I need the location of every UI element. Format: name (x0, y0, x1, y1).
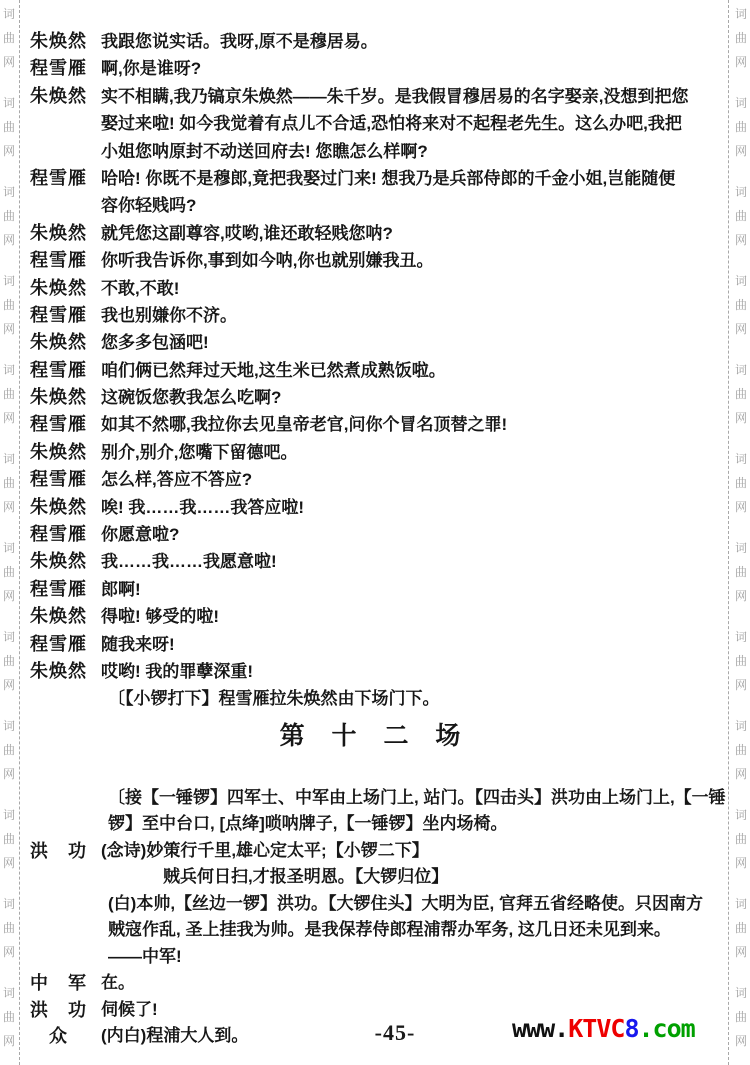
script-line: ——中军! (0, 944, 750, 971)
speech-text: ——中军! (108, 944, 182, 971)
scene-12-section: 〔接【一锤锣】四军士、中军由上场门上, 站门。【四击头】洪功由上场门上,【一锤锣… (0, 785, 750, 1050)
speech-text: 贼寇作乱, 圣上挂我为帅。是我保荐侍郎程浦帮办军务, 这几日还未见到来。 (108, 917, 671, 944)
site-watermark-segment: .com (639, 1014, 695, 1043)
dialogue-text: 啊,你是谁呀? (101, 55, 201, 82)
dialogue-text: 这碗饭您教我怎么吃啊? (101, 384, 281, 411)
script-line: 容你轻贱吗? (0, 192, 750, 219)
script-line: 程雪雁啊,你是谁呀? (0, 55, 750, 82)
speaker-name: 程雪雁 (30, 165, 87, 192)
page-number: -45- (355, 1020, 435, 1046)
stage-direction: 〔【小锣打下】程雪雁拉朱焕然由下场门下。 (108, 685, 440, 712)
script-line: 朱焕然唉! 我……我……我答应啦! (0, 494, 750, 521)
speaker-name: 朱焕然 (30, 658, 87, 685)
side-watermark-char: 词 (733, 2, 749, 26)
script-line: (白)本帅,【丝边一锣】洪功。【大锣住头】大明为臣, 官拜五省经略使。只因南方 (0, 891, 750, 918)
script-line: 朱焕然这碗饭您教我怎么吃啊? (0, 384, 750, 411)
script-line: 程雪雁咱们俩已然拜过天地,这生米已然煮成熟饭啦。 (0, 357, 750, 384)
speaker-name: 朱焕然 (30, 384, 87, 411)
script-line: 朱焕然我跟您说实话。我呀,原不是穆居易。 (0, 28, 750, 55)
script-body: 朱焕然我跟您说实话。我呀,原不是穆居易。程雪雁啊,你是谁呀?朱焕然实不相瞒,我乃… (0, 28, 750, 1050)
dialogue-text: 别介,别介,您嘴下留德吧。 (101, 439, 297, 466)
speaker-name: 朱焕然 (30, 439, 87, 466)
script-line: 程雪雁怎么样,答应不答应? (0, 466, 750, 493)
dialogue-text: (内白)程浦大人到。 (101, 1023, 248, 1050)
dialogue-text: 我……我……我愿意啦! (101, 548, 277, 575)
speaker-name: 程雪雁 (30, 302, 87, 329)
script-line: 朱焕然您多多包涵吧! (0, 329, 750, 356)
site-watermark-segment: KTVC (568, 1014, 624, 1043)
speaker-name: 程雪雁 (30, 55, 87, 82)
script-line: 朱焕然我……我……我愿意啦! (0, 548, 750, 575)
dialogue-text: 你愿意啦? (101, 521, 179, 548)
speaker-name: 朱焕然 (30, 220, 87, 247)
script-line: 程雪雁你听我告诉你,事到如今呐,你也就别嫌我丑。 (0, 247, 750, 274)
speaker-name: 程雪雁 (30, 411, 87, 438)
speaker-name: 朱焕然 (30, 83, 87, 110)
dialogue-text: (念诗)妙策行千里,雄心定太平;【小锣二下】 (101, 838, 429, 865)
dialogue-text: 您多多包涵吧! (101, 329, 209, 356)
dialogue-text: 如其不然哪,我拉你去见皇帝老官,问你个冒名顶替之罪! (101, 411, 507, 438)
script-line: 程雪雁郎啊! (0, 576, 750, 603)
dialogue-text: 我也别嫌你不济。 (101, 302, 237, 329)
speaker-name: 朱焕然 (30, 603, 87, 630)
speech-text: (白)本帅,【丝边一锣】洪功。【大锣住头】大明为臣, 官拜五省经略使。只因南方 (108, 891, 703, 918)
site-watermark: www.KTVC8.com (512, 1014, 695, 1043)
dialogue-text: 在。 (101, 970, 135, 997)
dialogue-text: 不敢,不敢! (101, 275, 179, 302)
dialogue-text: 随我来呀! (101, 631, 175, 658)
script-line: 程雪雁随我来呀! (0, 631, 750, 658)
script-line: 中 军在。 (0, 970, 750, 997)
script-line: 朱焕然不敢,不敢! (0, 275, 750, 302)
speaker-name: 程雪雁 (30, 247, 87, 274)
script-line: 朱焕然别介,别介,您嘴下留德吧。 (0, 439, 750, 466)
speaker-name: 程雪雁 (30, 357, 87, 384)
script-line: 娶过来啦! 如今我觉着有点儿不合适,恐怕将来对不起程老先生。这么办吧,我把 (0, 110, 750, 137)
speaker-name: 朱焕然 (30, 275, 87, 302)
script-line: 程雪雁你愿意啦? (0, 521, 750, 548)
dialogue-text: 你听我告诉你,事到如今呐,你也就别嫌我丑。 (101, 247, 433, 274)
speaker-name: 洪 功 (30, 997, 87, 1024)
script-line: 程雪雁哈哈! 你既不是穆郎,竟把我娶过门来! 想我乃是兵部侍郎的千金小姐,岂能随… (0, 165, 750, 192)
dialogue-text: 怎么样,答应不答应? (101, 466, 252, 493)
script-line: 锣】至中台口, [点绛]唢呐牌子,【一锤锣】坐内场椅。 (0, 811, 750, 838)
dialogue-text: 得啦! 够受的啦! (101, 603, 219, 630)
speaker-name: 程雪雁 (30, 576, 87, 603)
stage-direction: 锣】至中台口, [点绛]唢呐牌子,【一锤锣】坐内场椅。 (108, 811, 508, 838)
dialogue-text: 容你轻贱吗? (101, 192, 196, 219)
speaker-name: 众 (30, 1023, 68, 1050)
dialogue-text: 小姐您呐原封不动送回府去! 您瞧怎么样啊? (101, 138, 428, 165)
script-line: 朱焕然就凭您这副尊容,哎哟,谁还敢轻贱您呐? (0, 220, 750, 247)
script-line: 朱焕然哎哟! 我的罪孽深重! (0, 658, 750, 685)
dialogue-text: 咱们俩已然拜过天地,这生米已然煮成熟饭啦。 (101, 357, 446, 384)
speaker-name: 朱焕然 (30, 329, 87, 356)
script-page: 词曲网词曲网词曲网词曲网词曲网词曲网词曲网词曲网词曲网词曲网词曲网词曲网 词曲网… (0, 0, 750, 1065)
script-line: 朱焕然得啦! 够受的啦! (0, 603, 750, 630)
scene-11-dialogue-section: 朱焕然我跟您说实话。我呀,原不是穆居易。程雪雁啊,你是谁呀?朱焕然实不相瞒,我乃… (0, 28, 750, 713)
speaker-name: 程雪雁 (30, 466, 87, 493)
poem-line: 贼兵何日扫,才报圣明恩。【大锣归位】 (163, 864, 448, 891)
dialogue-text: 哎哟! 我的罪孽深重! (101, 658, 253, 685)
dialogue-text: 伺候了! (101, 997, 158, 1024)
dialogue-text: 就凭您这副尊容,哎哟,谁还敢轻贱您呐? (101, 220, 393, 247)
stage-direction: 〔接【一锤锣】四军士、中军由上场门上, 站门。【四击头】洪功由上场门上,【一锤 (108, 785, 726, 812)
speaker-name: 程雪雁 (30, 521, 87, 548)
side-watermark-char: 词 (1, 2, 17, 26)
speaker-name: 朱焕然 (30, 28, 87, 55)
dialogue-text: 实不相瞒,我乃镐京朱焕然——朱千岁。是我假冒穆居易的名字娶亲,没想到把您 (101, 83, 688, 110)
dialogue-text: 我跟您说实话。我呀,原不是穆居易。 (101, 28, 378, 55)
scene-heading: 第 十 二 场 (0, 723, 750, 750)
speaker-name: 中 军 (30, 970, 87, 997)
dialogue-text: 唉! 我……我……我答应啦! (101, 494, 304, 521)
script-line: 朱焕然实不相瞒,我乃镐京朱焕然——朱千岁。是我假冒穆居易的名字娶亲,没想到把您 (0, 83, 750, 110)
script-line: 程雪雁我也别嫌你不济。 (0, 302, 750, 329)
dialogue-text: 娶过来啦! 如今我觉着有点儿不合适,恐怕将来对不起程老先生。这么办吧,我把 (101, 110, 682, 137)
script-line: 〔【小锣打下】程雪雁拉朱焕然由下场门下。 (0, 685, 750, 712)
dialogue-text: 哈哈! 你既不是穆郎,竟把我娶过门来! 想我乃是兵部侍郎的千金小姐,岂能随便 (101, 165, 675, 192)
script-line: 〔接【一锤锣】四军士、中军由上场门上, 站门。【四击头】洪功由上场门上,【一锤 (0, 785, 750, 812)
speaker-name: 朱焕然 (30, 548, 87, 575)
speaker-name: 程雪雁 (30, 631, 87, 658)
site-watermark-segment: 8 (624, 1014, 638, 1043)
site-watermark-segment: www. (512, 1014, 568, 1043)
speaker-name: 洪 功 (30, 838, 87, 865)
script-line: 程雪雁如其不然哪,我拉你去见皇帝老官,问你个冒名顶替之罪! (0, 411, 750, 438)
dialogue-text: 郎啊! (101, 576, 141, 603)
script-line: 贼寇作乱, 圣上挂我为帅。是我保荐侍郎程浦帮办军务, 这几日还未见到来。 (0, 917, 750, 944)
script-line: 洪 功(念诗)妙策行千里,雄心定太平;【小锣二下】 (0, 838, 750, 865)
speaker-name: 朱焕然 (30, 494, 87, 521)
script-line: 小姐您呐原封不动送回府去! 您瞧怎么样啊? (0, 138, 750, 165)
script-line: 贼兵何日扫,才报圣明恩。【大锣归位】 (0, 864, 750, 891)
